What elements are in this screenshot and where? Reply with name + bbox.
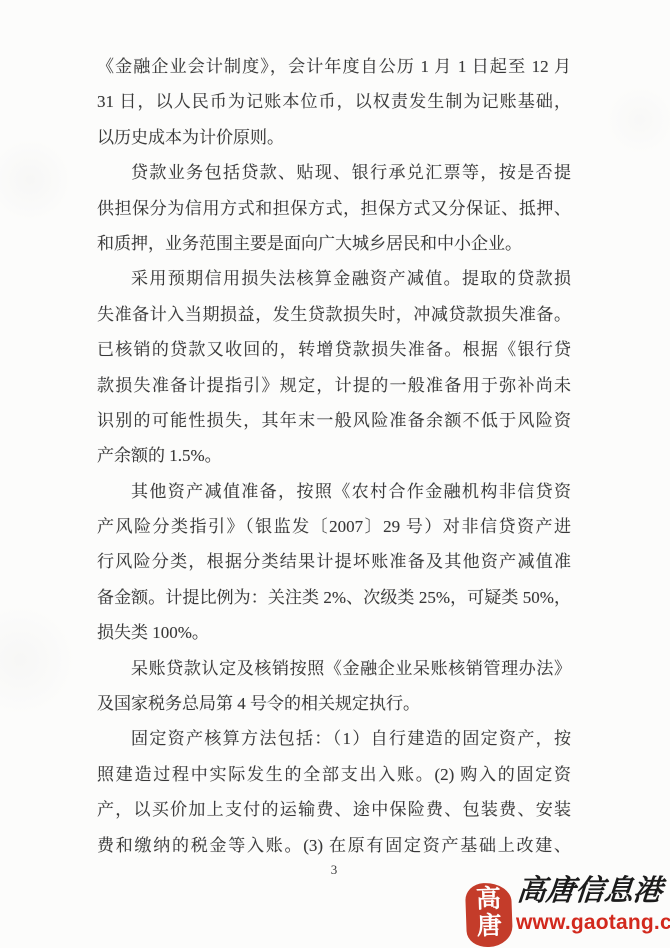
paragraph: 固定资产核算方法包括：（1）自行建造的固定资产，按照建造过程中实际发生的全部支出… (97, 721, 571, 863)
text-line: 呆账贷款认定及核销按照《金融企业呆账核销管理办法》 (97, 651, 571, 686)
text-line: 及国家税务总局第 4 号令的相关规定执行。 (97, 686, 571, 721)
paragraph: 贷款业务包括贷款、贴现、银行承兑汇票等，按是否提供担保分为信用方式和担保方式，担… (97, 155, 571, 261)
text-line: 识别的可能性损失，其年末一般风险准备余额不低于风险资 (97, 403, 571, 438)
watermark: 高 唐 高唐信息港 www.gaotang.cc (462, 872, 670, 948)
text-line: 行风险分类，根据分类结果计提坏账准备及其他资产减值准 (97, 544, 571, 579)
document-text: 《金融企业会计制度》，会计年度自公历 1 月 1 日起至 12 月31 日，以人… (97, 49, 571, 863)
paragraph: 《金融企业会计制度》，会计年度自公历 1 月 1 日起至 12 月31 日，以人… (97, 49, 571, 155)
text-line: 以历史成本为计价原则。 (97, 120, 571, 155)
text-line: 31 日，以人民币为记账本位币，以权责发生制为记账基础， (97, 84, 571, 119)
text-line: 照建造过程中实际发生的全部支出入账。(2) 购入的固定资 (97, 757, 571, 792)
seal-char-bottom: 唐 (476, 913, 502, 941)
text-line: 《金融企业会计制度》，会计年度自公历 1 月 1 日起至 12 月 (97, 49, 571, 84)
text-line: 产风险分类指引》（银监发〔2007〕29 号）对非信贷资产进 (97, 509, 571, 544)
text-line: 固定资产核算方法包括：（1）自行建造的固定资产，按 (97, 721, 571, 756)
text-line: 产，以买价加上支付的运输费、途中保险费、包装费、安装 (97, 792, 571, 827)
text-line: 其他资产减值准备，按照《农村合作金融机构非信贷资 (97, 474, 571, 509)
text-line: 费和缴纳的税金等入账。(3) 在原有固定资产基础上改建、 (97, 828, 571, 863)
scanned-document-page: { "page": { "background": "#fcfcfb", "in… (0, 0, 670, 948)
text-line: 供担保分为信用方式和担保方式，担保方式又分保证、抵押、 (97, 191, 571, 226)
gaotang-seal-logo: 高 唐 (465, 882, 513, 948)
seal-char-top: 高 (475, 886, 501, 914)
text-line: 损失类 100%。 (97, 615, 571, 650)
text-line: 备金额。计提比例为：关注类 2%、次级类 25%，可疑类 50%， (97, 580, 571, 615)
text-line: 款损失准备计提指引》规定，计提的一般准备用于弥补尚未 (97, 368, 571, 403)
text-line: 和质押，业务范围主要是面向广大城乡居民和中小企业。 (97, 226, 571, 261)
watermark-site-url: www.gaotang.cc (516, 911, 670, 935)
paragraph: 采用预期信用损失法核算金融资产减值。提取的贷款损失准备计入当期损益，发生贷款损失… (97, 261, 571, 473)
text-line: 贷款业务包括贷款、贴现、银行承兑汇票等，按是否提 (97, 155, 571, 190)
paragraph: 呆账贷款认定及核销按照《金融企业呆账核销管理办法》及国家税务总局第 4 号令的相… (97, 651, 571, 722)
watermark-site-name: 高唐信息港 (516, 874, 664, 908)
text-line: 产余额的 1.5%。 (97, 438, 571, 473)
text-line: 失准备计入当期损益，发生贷款损失时，冲减贷款损失准备。 (97, 297, 571, 332)
paragraph: 其他资产减值准备，按照《农村合作金融机构非信贷资产风险分类指引》（银监发〔200… (97, 474, 571, 651)
text-line: 已核销的贷款又收回的，转增贷款损失准备。根据《银行贷 (97, 332, 571, 367)
text-line: 采用预期信用损失法核算金融资产减值。提取的贷款损 (97, 261, 571, 296)
